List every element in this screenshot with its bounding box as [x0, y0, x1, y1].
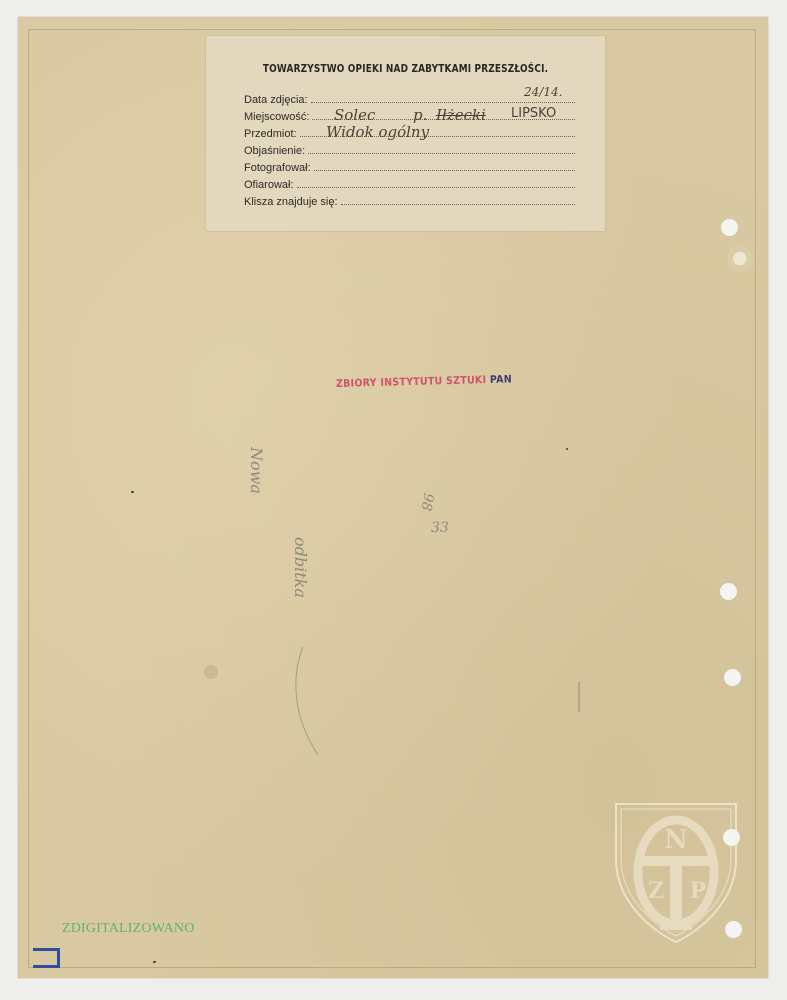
punch-hole — [725, 921, 742, 938]
catalog-label: TOWARZYSTWO OPIEKI NAD ZABYTKAMI PRZESZŁ… — [206, 36, 605, 231]
watermark-emblem: N Z P — [612, 800, 740, 945]
pencil-rotated-number: 98 — [417, 492, 436, 512]
handwritten-number: 24/14. — [524, 85, 562, 99]
field-dotted-line — [297, 186, 575, 188]
mount-card: TOWARZYSTWO OPIEKI NAD ZABYTKAMI PRZESZŁ… — [18, 17, 768, 978]
torn-punch-hole — [728, 245, 754, 275]
handwritten-district: LIPSKO — [511, 106, 556, 121]
svg-text:N: N — [664, 825, 688, 855]
handwritten-district-prefix: p. — [413, 106, 427, 124]
stamp-text: ZBIORY INSTYTUTU SZTUKI — [336, 374, 487, 390]
paper-speck — [131, 491, 134, 493]
svg-text:P: P — [690, 878, 707, 904]
punch-hole — [724, 669, 741, 686]
stain — [204, 665, 218, 679]
handwritten-struck-word: Iłżecki — [436, 106, 486, 124]
svg-text:Z: Z — [648, 878, 664, 904]
punch-hole — [721, 219, 738, 236]
field-dotted-line — [308, 152, 575, 154]
handwritten-place: Solec — [334, 106, 375, 124]
paper-speck — [566, 448, 568, 450]
field-photographer: Fotografował: — [244, 158, 575, 174]
field-dotted-line — [314, 169, 575, 171]
punch-hole — [723, 829, 740, 846]
stamp-suffix: PAN — [490, 373, 512, 386]
digitized-stamp: ZDIGITALIZOWANO — [62, 921, 195, 937]
field-dotted-line — [311, 101, 575, 103]
field-label: Ofiarował: — [244, 179, 294, 191]
collection-stamp: ZBIORY INSTYTUTU SZTUKI PAN — [336, 373, 512, 390]
pencil-note-1: Nowa — [247, 447, 266, 494]
pencil-stroke — [283, 647, 323, 757]
field-negative-location: Klisza znajduje się: — [244, 192, 575, 208]
field-label: Przedmiot: — [244, 128, 297, 140]
field-dotted-line — [341, 203, 575, 205]
blue-bracket-mark — [33, 948, 60, 968]
field-label: Objaśnienie: — [244, 145, 305, 157]
field-donor: Ofiarował: — [244, 175, 575, 191]
faint-pencil-mark — [578, 682, 580, 712]
handwritten-subject: Widok ogólny — [326, 123, 429, 141]
pencil-number: 33 — [431, 520, 449, 536]
field-label: Fotografował: — [244, 162, 311, 174]
punch-hole — [720, 583, 737, 600]
field-label: Miejscowość: — [244, 111, 309, 123]
field-explanation: Objaśnienie: — [244, 141, 575, 157]
field-label: Klisza znajduje się: — [244, 196, 338, 208]
label-title: TOWARZYSTWO OPIEKI NAD ZABYTKAMI PRZESZŁ… — [236, 63, 575, 75]
paper-speck — [153, 960, 157, 963]
pencil-note-2: odbitka — [291, 537, 310, 598]
field-label: Data zdjęcia: — [244, 94, 308, 106]
